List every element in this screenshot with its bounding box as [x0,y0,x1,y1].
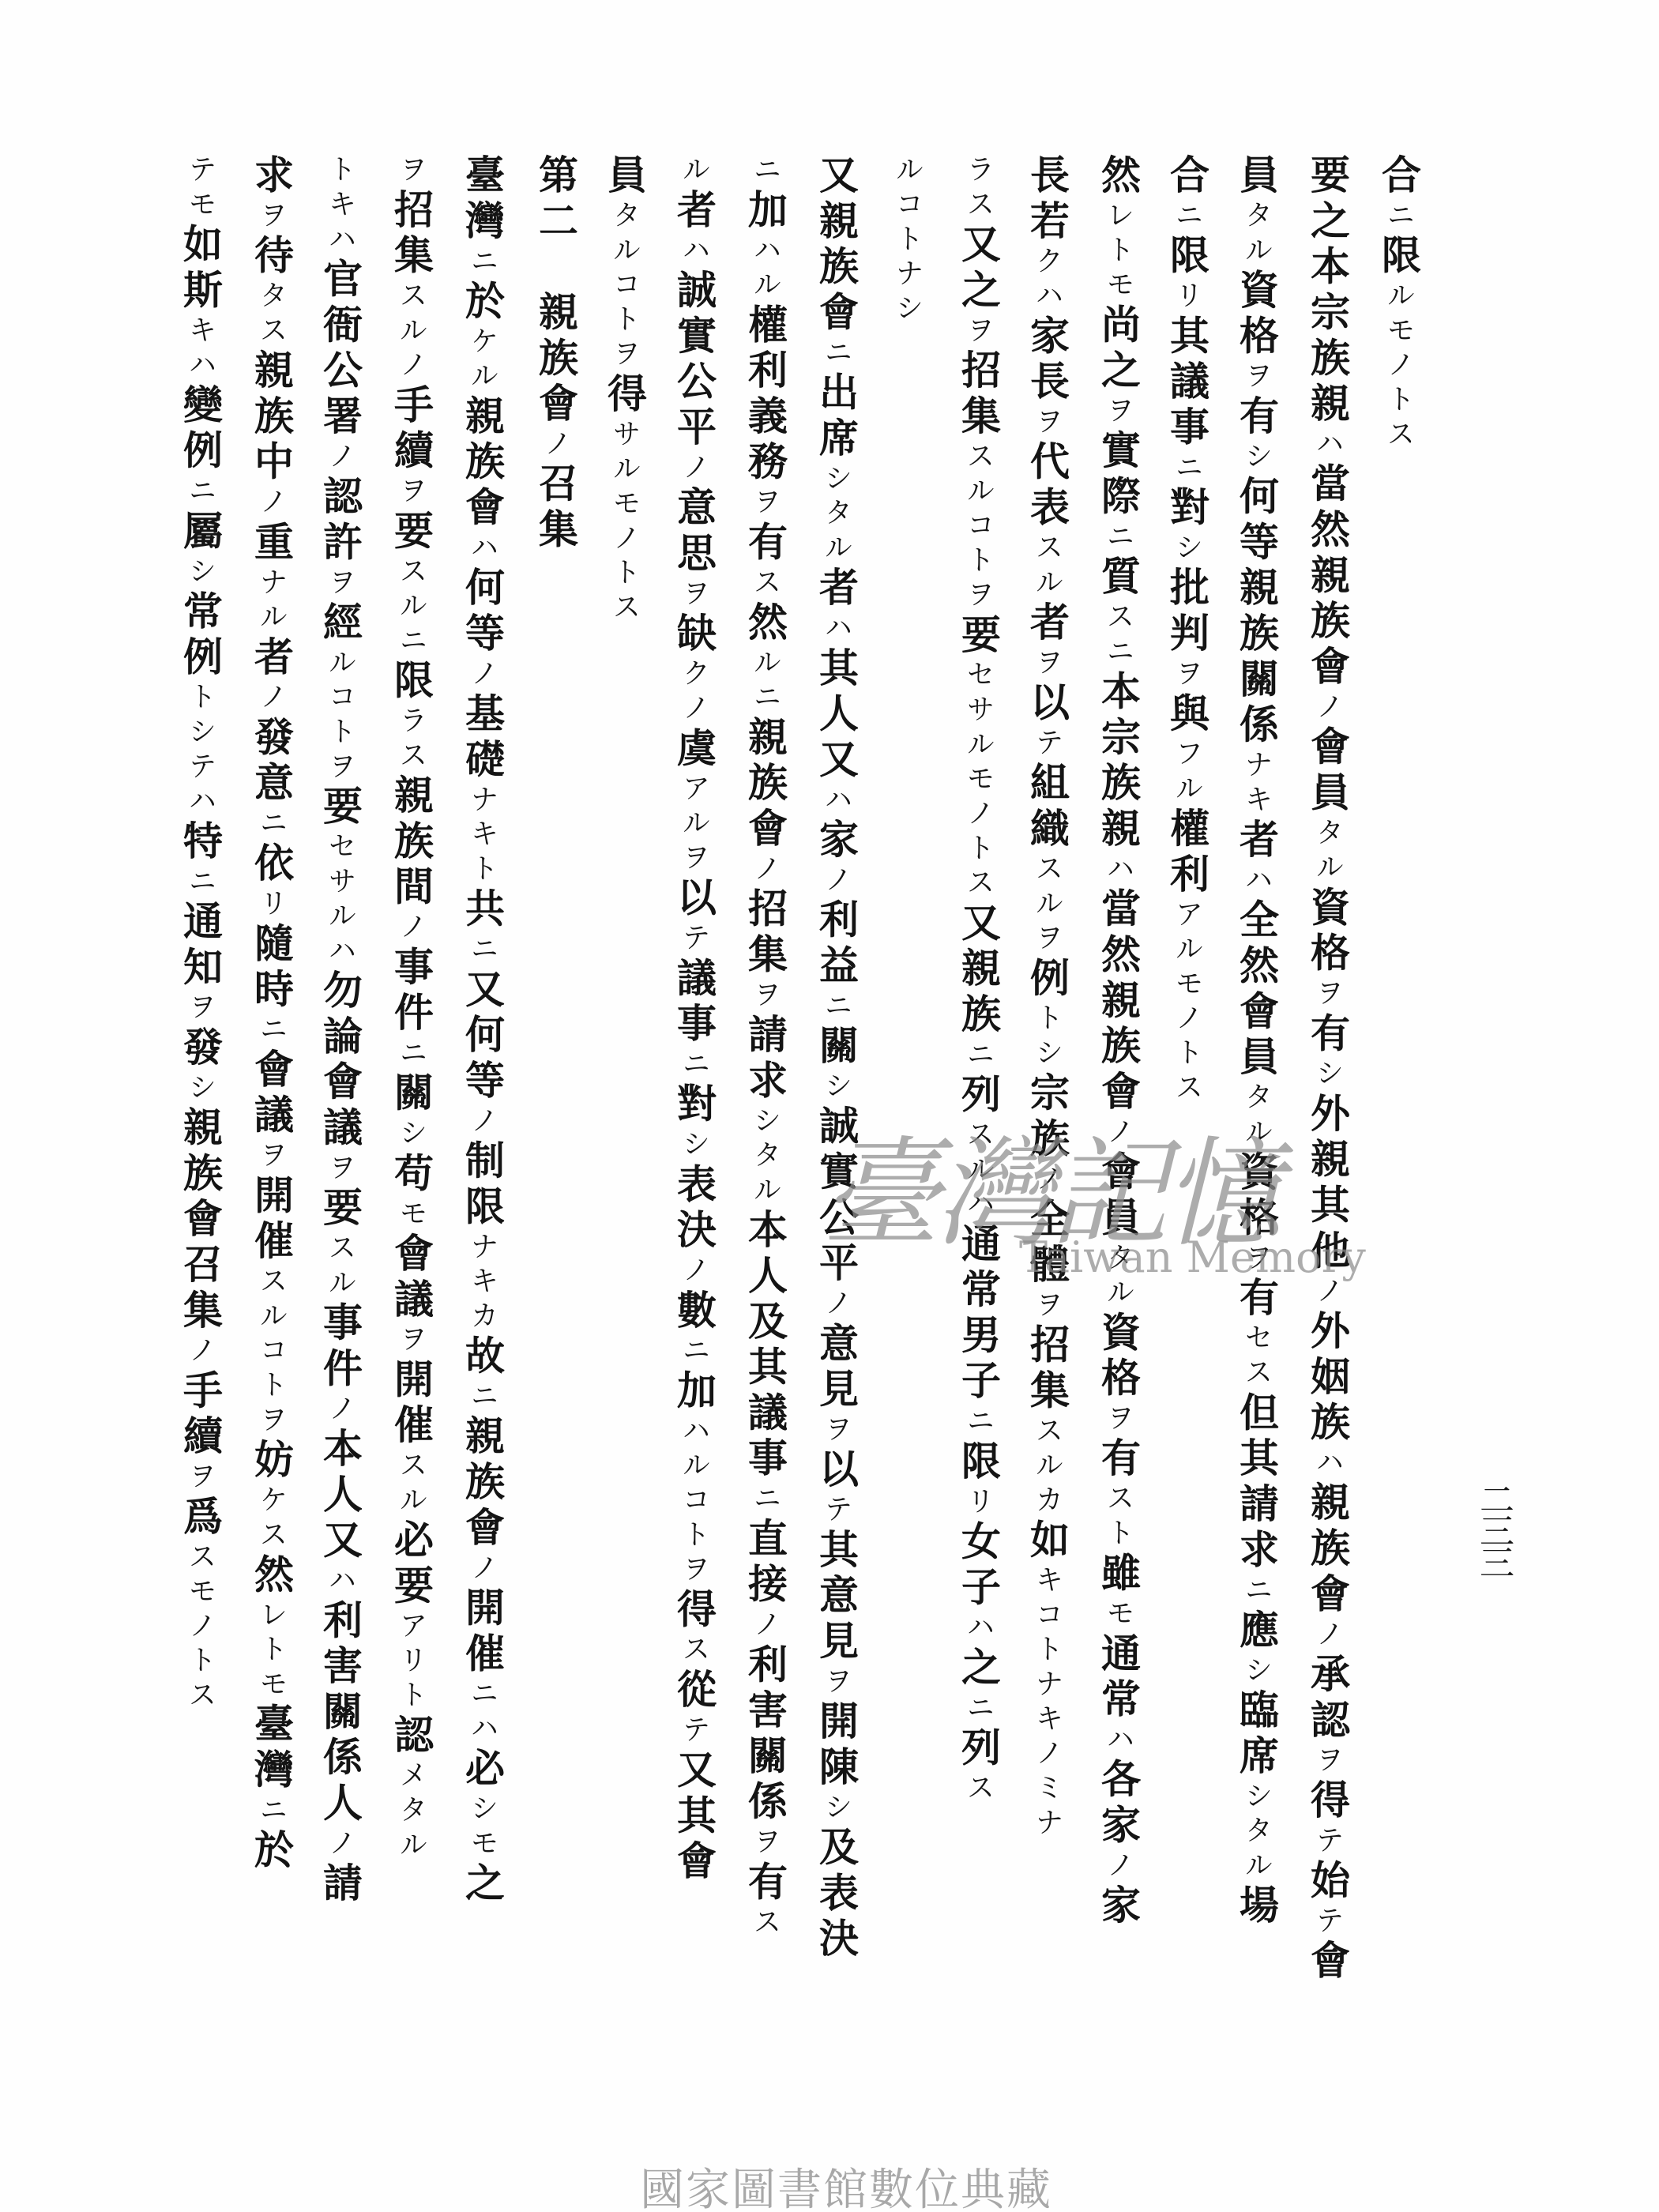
text-column: 又親族會ニ出席シタル者ハ其人又ハ家ノ利益ニ關シ誠實公平ノ意見ヲ以テ其意見ヲ開陳シ… [811,154,860,1963]
text-column: 員タルコトヲ得サルモノトス [600,154,649,626]
page-number: 二三三 [1468,1481,1518,1576]
text-column: 要之本宗族親ハ當然親族會ノ會員タル資格ヲ有シ外親其他ノ外姻族ハ親族會ノ承認ヲ得テ… [1303,154,1352,1985]
text-column: 長若クハ家長ヲ代表スル者ヲ以テ組織スルヲ例トシ宗族ノ全體ヲ招集スルカ如キコトナキ… [1022,154,1071,1841]
text-column: ニ加ハル權利義務ヲ有ス然ルニ親族會ノ招集ヲ請求シタル本人及其議事ニ直接ノ利害關係… [740,154,789,1941]
text-column: 臺灣ニ於ケル親族會ハ何等ノ基礎ナキト共ニ又何等ノ制限ナキカ故ニ親族會ノ開催ニハ必… [457,154,506,1908]
footer-credit: 國家圖書館數位典藏 [640,2155,1052,2212]
text-column: ラス又之ヲ招集スルコトヲ要セサルモノトス又親族ニ列スルハ通常男子ニ限リ女子ハ之ニ… [954,154,1003,1807]
text-column: ヲ招集スルノ手續ヲ要スルニ限ラス親族間ノ事件ニ關シ苟モ會議ヲ開催スル必要アリト認… [386,154,435,1864]
scanned-book-page: 合ニ限ルモノトス要之本宗族親ハ當然親族會ノ會員タル資格ヲ有シ外親其他ノ外姻族ハ親… [0,0,1659,2212]
text-column: 合ニ限リ其議事ニ對シ批判ヲ與フル權利アルモノトス [1162,154,1211,1107]
text-column: 合ニ限ルモノトス [1374,154,1423,453]
text-column: ル者ハ誠實公平ノ意思ヲ缺クノ虞アルヲ以テ議事ニ對シ表決ノ數ニ加ハルコトヲ得ス從テ… [669,154,718,1886]
text-column: トキハ官衙公署ノ認許ヲ經ルコトヲ要セサルハ勿論會議ヲ要スル事件ノ本人又ハ利害關係… [315,154,364,1908]
text-column: テモ如斯キハ變例ニ屬シ常例トシテハ特ニ通知ヲ發シ親族會召集ノ手續ヲ爲スモノトス [175,154,224,1714]
section-heading: 第二 親族會ノ召集 [531,154,580,554]
text-column: 員タル資格ヲ有シ何等親族關係ナキ者ハ全然會員タル資格ヲ有セス但其請求ニ應シ臨席シ… [1232,154,1281,1930]
text-column: ルコトナシ [882,154,931,327]
text-column: 求ヲ待タス親族中ノ重ナル者ノ發意ニ依リ隨時ニ會議ヲ開催スルコトヲ妨ケス然レトモ臺… [246,154,295,1875]
text-column: 然レトモ尚之ヲ實際ニ質スニ本宗族親ハ當然親族會ノ會員タル資格ヲ有スト雖モ通常ハ各… [1093,154,1142,1930]
